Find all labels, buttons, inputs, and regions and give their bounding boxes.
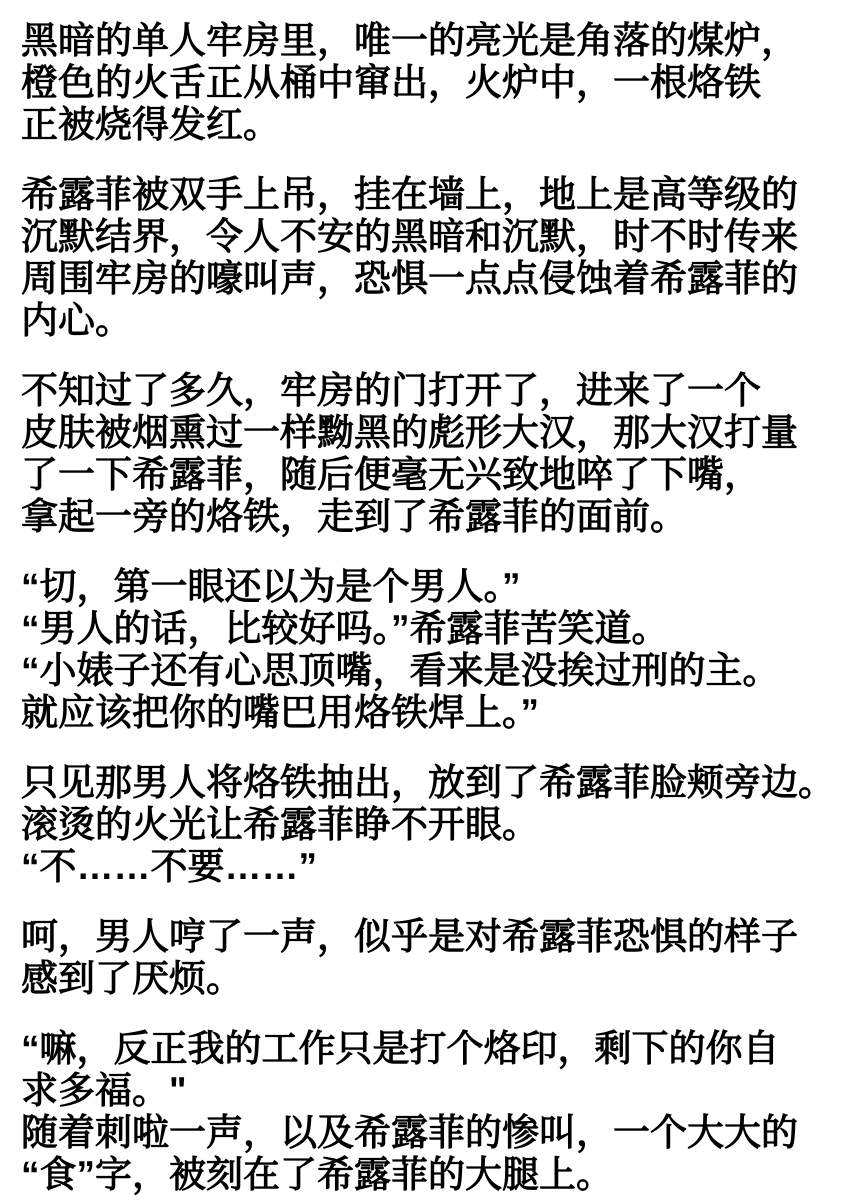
text-line: 呵，男人哼了一声，似乎是对希露菲恐惧的样子 bbox=[21, 916, 847, 958]
text-line: 只见那男人将烙铁抽出，放到了希露菲脸颊旁边。 bbox=[21, 762, 847, 804]
text-line: 皮肤被烟熏过一样黝黑的彪形大汉，那大汉打量 bbox=[21, 412, 847, 454]
text-line: 黑暗的单人牢房里，唯一的亮光是角落的煤炉， bbox=[21, 20, 847, 62]
text-line: 就应该把你的嘴巴用烙铁焊上。” bbox=[21, 692, 847, 734]
text-line: 拿起一旁的烙铁，走到了希露菲的面前。 bbox=[21, 496, 847, 538]
paragraph: 只见那男人将烙铁抽出，放到了希露菲脸颊旁边。 滚烫的火光让希露菲睁不开眼。 “不… bbox=[21, 762, 847, 888]
novel-text-page: 黑暗的单人牢房里，唯一的亮光是角落的煤炉， 橙色的火舌正从桶中窜出，火炉中，一根… bbox=[0, 0, 849, 1200]
paragraph: 呵，男人哼了一声，似乎是对希露菲恐惧的样子 感到了厌烦。 bbox=[21, 916, 847, 1000]
text-line: “男人的话，比较好吗。”希露菲苦笑道。 bbox=[21, 608, 847, 650]
text-line: 正被烧得发红。 bbox=[21, 104, 847, 146]
text-line: 希露菲被双手上吊，挂在墙上，地上是高等级的 bbox=[21, 174, 847, 216]
text-line: 滚烫的火光让希露菲睁不开眼。 bbox=[21, 804, 847, 846]
text-line: 了一下希露菲，随后便毫无兴致地啐了下嘴， bbox=[21, 454, 847, 496]
text-line: “切，第一眼还以为是个男人。” bbox=[21, 566, 847, 608]
text-line: 随着刺啦一声，以及希露菲的惨叫，一个大大的 bbox=[21, 1112, 847, 1154]
text-line: 不知过了多久，牢房的门打开了，进来了一个 bbox=[21, 370, 847, 412]
text-line: “小婊子还有心思顶嘴，看来是没挨过刑的主。 bbox=[21, 650, 847, 692]
paragraph: “切，第一眼还以为是个男人。” “男人的话，比较好吗。”希露菲苦笑道。 “小婊子… bbox=[21, 566, 847, 734]
text-line: “不……不要……” bbox=[21, 846, 847, 888]
text-line: “食”字，被刻在了希露菲的大腿上。 bbox=[21, 1154, 847, 1196]
text-line: 内心。 bbox=[21, 300, 847, 342]
text-line: 求多福。" bbox=[21, 1070, 847, 1112]
text-line: 周围牢房的嚎叫声，恐惧一点点侵蚀着希露菲的 bbox=[21, 258, 847, 300]
text-line: 橙色的火舌正从桶中窜出，火炉中，一根烙铁 bbox=[21, 62, 847, 104]
paragraph: 黑暗的单人牢房里，唯一的亮光是角落的煤炉， 橙色的火舌正从桶中窜出，火炉中，一根… bbox=[21, 20, 847, 146]
paragraph: 不知过了多久，牢房的门打开了，进来了一个 皮肤被烟熏过一样黝黑的彪形大汉，那大汉… bbox=[21, 370, 847, 538]
text-line: “嘛，反正我的工作只是打个烙印，剩下的你自 bbox=[21, 1028, 847, 1070]
text-line: 感到了厌烦。 bbox=[21, 958, 847, 1000]
paragraph: 希露菲被双手上吊，挂在墙上，地上是高等级的 沉默结界，令人不安的黑暗和沉默，时不… bbox=[21, 174, 847, 342]
text-line: 沉默结界，令人不安的黑暗和沉默，时不时传来 bbox=[21, 216, 847, 258]
paragraph: “嘛，反正我的工作只是打个烙印，剩下的你自 求多福。" 随着刺啦一声，以及希露菲… bbox=[21, 1028, 847, 1196]
